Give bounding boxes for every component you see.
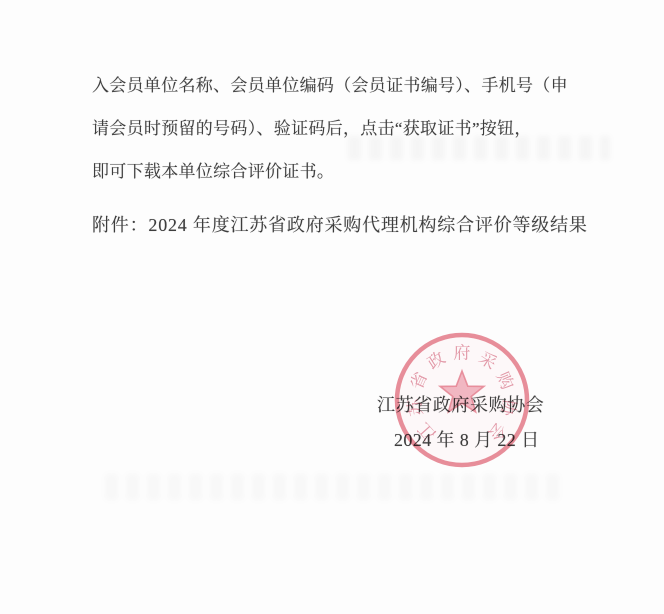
seal-arc-char: 采: [475, 348, 500, 373]
signature-date: 2024 年 8 月 22 日: [394, 426, 540, 452]
paragraph-line-1: 入会员单位名称、会员单位编码（会员证书编号）、手机号（申: [92, 71, 568, 96]
seal-arc-char: 购: [493, 369, 517, 392]
paragraph-line-3: 即可下载本单位综合评价证书。: [92, 157, 334, 182]
bleed-through-artifact: [348, 136, 610, 160]
paragraph-line-2: 请会员时预留的号码）、验证码后，点击“获取证书”按钮，: [92, 114, 532, 139]
seal-arc-char: 府: [454, 344, 471, 363]
seal-arc-char: 省: [407, 369, 431, 392]
bleed-through-artifact: [105, 474, 560, 500]
signature-organization: 江苏省政府采购协会: [377, 391, 544, 417]
document-page: 入会员单位名称、会员单位编码（会员证书编号）、手机号（申 请会员时预留的号码）、…: [0, 0, 664, 614]
attachment-line: 附件：2024 年度江苏省政府采购代理机构综合评价等级结果: [92, 211, 588, 237]
seal-arc-char: 政: [424, 348, 449, 373]
